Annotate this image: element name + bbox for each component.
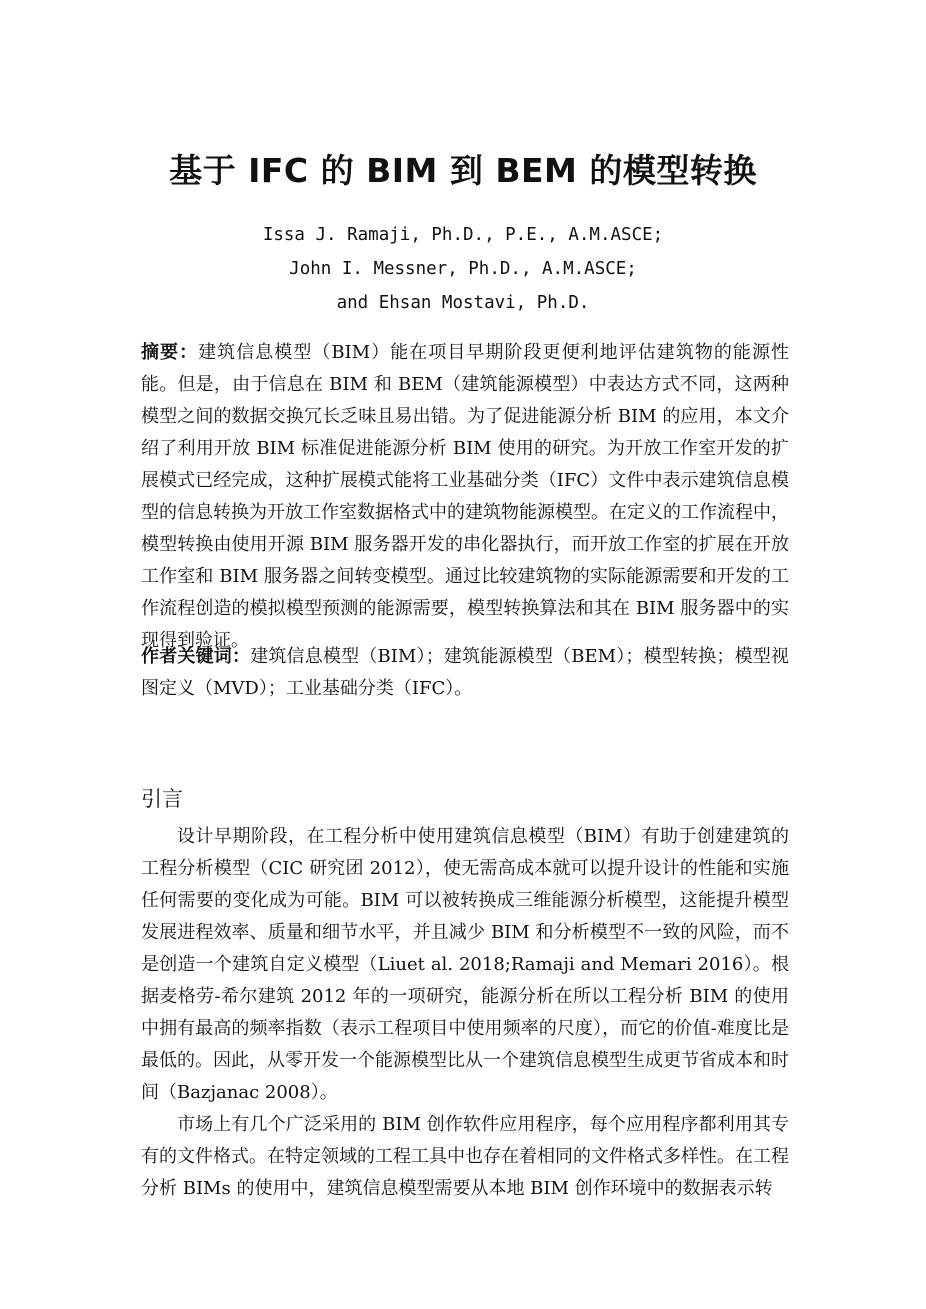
- paper-page: 基于 IFC 的 BIM 到 BEM 的模型转换 Issa J. Ramaji,…: [0, 0, 926, 1309]
- author-list: Issa J. Ramaji, Ph.D., P.E., A.M.ASCE; J…: [0, 218, 926, 320]
- section-heading-introduction: 引言: [141, 783, 183, 813]
- keywords: 作者关键词：建筑信息模型（BIM）；建筑能源模型（BEM）；模型转换；模型视图定…: [141, 641, 789, 705]
- paper-title: 基于 IFC 的 BIM 到 BEM 的模型转换: [0, 145, 926, 192]
- abstract-text: 建筑信息模型（BIM）能在项目早期阶段更便利地评估建筑物的能源性能。但是，由于信…: [141, 342, 789, 651]
- author-line: Issa J. Ramaji, Ph.D., P.E., A.M.ASCE;: [0, 218, 926, 252]
- paragraph: 设计早期阶段，在工程分析中使用建筑信息模型（BIM）有助于创建建筑的工程分析模型…: [141, 821, 789, 1109]
- introduction-body: 设计早期阶段，在工程分析中使用建筑信息模型（BIM）有助于创建建筑的工程分析模型…: [141, 821, 789, 1205]
- author-line: John I. Messner, Ph.D., A.M.ASCE;: [0, 252, 926, 286]
- abstract-label: 摘要：: [141, 342, 198, 363]
- author-line: and Ehsan Mostavi, Ph.D.: [0, 286, 926, 320]
- abstract: 摘要：建筑信息模型（BIM）能在项目早期阶段更便利地评估建筑物的能源性能。但是，…: [141, 337, 789, 657]
- keywords-label: 作者关键词：: [141, 646, 250, 667]
- paragraph: 市场上有几个广泛采用的 BIM 创作软件应用程序，每个应用程序都利用其专有的文件…: [141, 1109, 789, 1205]
